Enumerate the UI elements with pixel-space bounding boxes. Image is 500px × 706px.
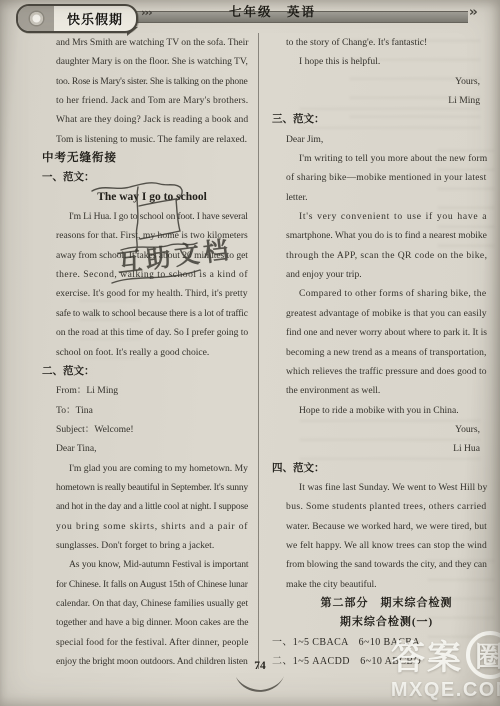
text-line-content: The way I go to school (97, 188, 207, 207)
text-line: Tom is listening to music. The family ar… (56, 130, 248, 149)
site-watermark-url: MXQE.COM (391, 679, 500, 702)
text-line-content: Yours, (455, 420, 480, 439)
site-watermark: 答案 圈 MXQE.COM (391, 630, 500, 702)
text-line-content: enjoy the bright moon outdoors. And chil… (56, 652, 248, 671)
watermark-text: 答案 (391, 630, 463, 679)
text-line: from blowing the sand towards the city, … (286, 555, 487, 574)
text-line-content: find one and never worry about where to … (286, 323, 487, 342)
text-line: I'm writing to tell you more about the n… (286, 149, 487, 168)
text-line: It was fine last Sunday. We went to West… (286, 478, 487, 497)
text-line: As you know, Mid-autumn Festival is impo… (56, 555, 248, 574)
text-line: and Mrs Smith are watching TV on the sof… (56, 33, 248, 52)
text-line: Dear Tina, (56, 439, 248, 458)
crescent-icon (234, 673, 286, 697)
text-line-content: for Chinese. It falls on August 15th of … (56, 575, 248, 594)
signature: Yours, (286, 72, 487, 91)
text-line: away from school. It takes about 20 minu… (56, 246, 248, 265)
text-line-content: to the story of Chang'e. It's fantastic! (286, 33, 427, 52)
text-line-content: It's very convenient to use if you have … (299, 207, 487, 226)
text-line-content: Li Hua (453, 439, 480, 458)
text-line: the environment as well. (286, 381, 487, 400)
text-line: make the city beautiful. (286, 575, 487, 594)
text-line: water. Because we worked hard, we were t… (286, 517, 487, 536)
text-line: which relieves the traffic pressure and … (286, 362, 487, 381)
text-line: What are they doing? Jack is reading a b… (56, 110, 248, 129)
text-line-content: As you know, Mid-autumn Festival is impo… (69, 555, 248, 574)
text-line: From：Li Ming (56, 381, 248, 400)
text-line-content: 中考无缝衔接 (42, 149, 117, 168)
text-line-content: 二、范文： (42, 362, 95, 381)
text-line-content: 第二部分 期末综合检测 (321, 594, 453, 613)
signature: Yours, (286, 420, 487, 439)
section-header: 中考无缝衔接 (42, 149, 248, 168)
text-line: Subject：Welcome! (56, 420, 248, 439)
text-line-content: Li Ming (448, 91, 480, 110)
text-line-content: and hot in the day and a little cool at … (56, 497, 248, 516)
text-line-content: reasons for that. First, my home is two … (56, 226, 248, 245)
text-line: I'm glad you are coming to my hometown. … (56, 459, 248, 478)
text-line-content: bus. Some students planted trees, others… (286, 497, 487, 516)
ring-icon (30, 12, 43, 25)
text-line-content: from blowing the sand towards the city, … (286, 555, 487, 574)
text-line-content: there. Second, walking to school is a ki… (56, 265, 248, 284)
workbook-page-photo: ››› 七年级 英语 ›› 快乐假期 and Mrs Smith are wat… (0, 0, 500, 706)
text-line-content: becoming a new trend as a means of trans… (286, 343, 487, 362)
text-line-content: What are they doing? Jack is reading a b… (56, 110, 248, 129)
text-line: too. Rose is Mary's sister. She is talki… (56, 72, 248, 91)
text-line-content: daughter Mary is on the floor. She is wa… (56, 52, 248, 71)
text-line: greatest advantage of mobike is that you… (286, 304, 487, 323)
page-number: 74 (234, 659, 286, 673)
text-line-content: Tom is listening to music. The family ar… (56, 130, 247, 149)
text-line: together and have a big dinner. Moon cak… (56, 613, 248, 632)
subsection-header: 二、范文： (42, 362, 248, 381)
column-divider (258, 33, 259, 669)
text-line-content: we felt happy. We all know trees can sto… (286, 536, 487, 555)
text-line-content: I'm writing to tell you more about the n… (299, 149, 487, 168)
text-line-content: I hope this is helpful. (299, 52, 380, 71)
text-line-content: greatest advantage of mobike is that you… (286, 304, 487, 323)
text-line: school on foot. It's really a good choic… (56, 343, 248, 362)
subsection-header: 一、范文： (42, 168, 248, 187)
text-line-content: exercise. It's good for my health. Third… (56, 284, 248, 303)
text-line-content: Subject：Welcome! (56, 420, 134, 439)
text-line-content: and enjoy your trip. (286, 265, 362, 284)
text-line-content: Compared to other forms of sharing bike,… (299, 284, 487, 303)
text-line: I'm Li Hua. I go to school on foot. I ha… (56, 207, 248, 226)
text-line: daughter Mary is on the floor. She is wa… (56, 52, 248, 71)
signature: Li Ming (286, 91, 487, 110)
text-line: for Chinese. It falls on August 15th of … (56, 575, 248, 594)
text-line: and enjoy your trip. (286, 265, 487, 284)
text-line-content: through the APP, scan the QR code on the… (286, 246, 487, 265)
logo-tab (18, 6, 54, 31)
subsection-header: 四、范文： (272, 459, 487, 478)
text-line: to her friend. Jack and Tom are Mary's b… (56, 91, 248, 110)
text-line-content: 四、范文： (272, 459, 325, 478)
text-line: safe to walk to school because there is … (56, 304, 248, 323)
text-line: I hope this is helpful. (286, 52, 487, 71)
left-column: and Mrs Smith are watching TV on the sof… (56, 33, 248, 671)
text-line: Dear Jim, (286, 130, 487, 149)
text-line: calendar. On that day, Chinese families … (56, 594, 248, 613)
text-line-content: school on foot. It's really a good choic… (56, 343, 209, 362)
text-line: on the road at this time of day. So I pr… (56, 323, 248, 342)
text-line-content: of sharing bike—mobike mentioned in your… (286, 168, 487, 187)
text-line-content: calendar. On that day, Chinese families … (56, 594, 248, 613)
text-line-content: I'm Li Hua. I go to school on foot. I ha… (69, 207, 248, 226)
text-line-content: make the city beautiful. (286, 575, 377, 594)
text-line: Compared to other forms of sharing bike,… (286, 284, 487, 303)
part-header: 第二部分 期末综合检测 (286, 594, 487, 613)
text-line-content: away from school. It takes about 20 minu… (56, 246, 248, 265)
text-line-content: the environment as well. (286, 381, 380, 400)
page-footer: 74 (234, 659, 286, 699)
text-line-content: to her friend. Jack and Tom are Mary's b… (56, 91, 248, 110)
text-line-content: From：Li Ming (56, 381, 118, 400)
series-logo-text: 快乐假期 (54, 9, 136, 28)
text-line-content: water. Because we worked hard, we were t… (286, 517, 487, 536)
text-line: letter. (286, 188, 487, 207)
text-line-content: safe to walk to school because there is … (56, 304, 248, 323)
text-line: hometown is really beautiful in Septembe… (56, 478, 248, 497)
text-line: Hope to ride a mobike with you in China. (286, 401, 487, 420)
text-line-content: It was fine last Sunday. We went to West… (299, 478, 487, 497)
site-watermark-name: 答案 圈 (391, 630, 500, 679)
text-line: special food for the festival. After din… (56, 633, 248, 652)
subsection-header: 三、范文： (272, 110, 487, 129)
text-line-content: Dear Tina, (56, 439, 97, 458)
text-line: you bring some skirts, shirts and a pair… (56, 517, 248, 536)
chevron-right-icon: ›› (469, 5, 476, 20)
text-line: To：Tina (56, 401, 248, 420)
essay-title: The way I go to school (56, 188, 248, 207)
text-line: there. Second, walking to school is a ki… (56, 265, 248, 284)
text-line: reasons for that. First, my home is two … (56, 226, 248, 245)
text-line-content: letter. (286, 188, 308, 207)
text-line-content: on the road at this time of day. So I pr… (56, 323, 248, 342)
text-line-content: Dear Jim, (286, 130, 323, 149)
text-line-content: too. Rose is Mary's sister. She is talki… (56, 72, 248, 91)
text-line: sunglasses. Don't forget to bring a jack… (56, 536, 248, 555)
text-line: smartphone. What you do is to find a nea… (286, 226, 487, 245)
text-line-content: which relieves the traffic pressure and … (286, 362, 487, 381)
signature: Li Hua (286, 439, 487, 458)
text-line: find one and never worry about where to … (286, 323, 487, 342)
text-line-content: and Mrs Smith are watching TV on the sof… (56, 33, 248, 52)
text-line-content: To：Tina (56, 401, 93, 420)
text-line-content: hometown is really beautiful in Septembe… (56, 478, 248, 497)
text-line: It's very convenient to use if you have … (286, 207, 487, 226)
text-line: becoming a new trend as a means of trans… (286, 343, 487, 362)
text-line-content: special food for the festival. After din… (56, 633, 248, 652)
text-line: of sharing bike—mobike mentioned in your… (286, 168, 487, 187)
series-logo: 快乐假期 (16, 4, 138, 33)
chevron-right-icon: ››› (141, 6, 152, 19)
text-line: bus. Some students planted trees, others… (286, 497, 487, 516)
text-line: and hot in the day and a little cool at … (56, 497, 248, 516)
text-line-content: Yours, (455, 72, 480, 91)
text-line: we felt happy. We all know trees can sto… (286, 536, 487, 555)
text-line: through the APP, scan the QR code on the… (286, 246, 487, 265)
text-line-content: 三、范文： (272, 110, 325, 129)
text-line-content: smartphone. What you do is to find a nea… (286, 226, 487, 245)
text-line-content: I'm glad you are coming to my hometown. … (69, 459, 248, 478)
text-line-content: 一、范文： (42, 168, 95, 187)
text-line-content: Hope to ride a mobike with you in China. (299, 401, 459, 420)
text-line: enjoy the bright moon outdoors. And chil… (56, 652, 248, 671)
watermark-circle-badge: 圈 (466, 631, 500, 679)
text-line-content: sunglasses. Don't forget to bring a jack… (56, 536, 214, 555)
grade-subject-title: 七年级 英语 (229, 2, 316, 20)
text-line: to the story of Chang'e. It's fantastic! (286, 33, 487, 52)
text-line-content: together and have a big dinner. Moon cak… (56, 613, 248, 632)
text-line-content: you bring some skirts, shirts and a pair… (56, 517, 248, 536)
right-column: to the story of Chang'e. It's fantastic!… (286, 33, 487, 671)
text-line: exercise. It's good for my health. Third… (56, 284, 248, 303)
